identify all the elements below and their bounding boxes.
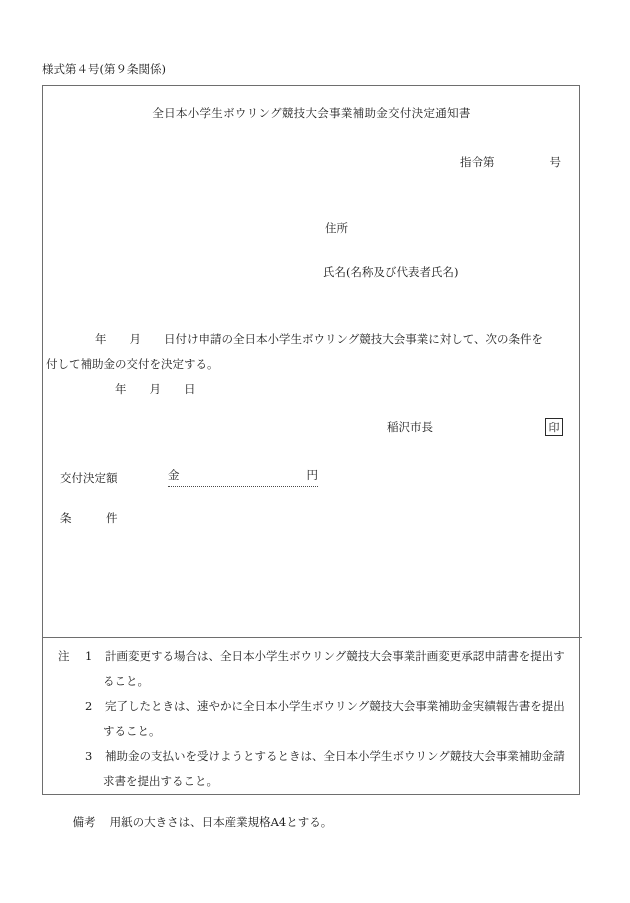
remarks-line: 備考用紙の大きさは、日本産業規格A4とする。 (58, 800, 332, 845)
note-number: 2 (85, 699, 97, 714)
note-text: 完了したときは、速やかに全日本小学生ボウリング競技大会事業補助金実績報告書を提出 (105, 699, 565, 714)
document-page: 様式第４号(第９条関係) 全日本小学生ボウリング競技大会事業補助金交付決定通知書… (0, 0, 630, 903)
note-text-continuation: ること。 (103, 674, 149, 689)
seal-mark: 印 (549, 422, 560, 433)
note-text: 計画変更する場合は、全日本小学生ボウリング競技大会事業計画変更承認申請書を提出す (105, 649, 565, 664)
grant-amount-label: 交付決定額 (60, 471, 118, 486)
body-paragraph-line2: 付して補助金の交付を決定する。 (46, 357, 219, 372)
note-number: 1 (85, 649, 97, 664)
directive-number-line: 指令第 号 (460, 155, 561, 170)
directive-prefix-label: 指令第 (460, 155, 495, 170)
seal-box: 印 (545, 418, 563, 436)
conditions-label: 条 件 (60, 511, 118, 526)
grant-amount-fill-line: 金 円 (168, 468, 318, 487)
note-text-continuation: すること。 (103, 724, 161, 739)
remarks-text: 用紙の大きさは、日本産業規格A4とする。 (110, 815, 333, 829)
note-number: 3 (85, 749, 97, 764)
remarks-label: 備考 (73, 815, 96, 829)
decision-date-line: 年 月 日 (115, 382, 196, 397)
notes-marker: 注 (58, 649, 70, 664)
name-label: 氏名(名称及び代表者氏名) (323, 265, 458, 280)
amount-prefix-label: 金 (168, 468, 180, 483)
amount-suffix-label: 円 (307, 468, 319, 483)
notes-divider-line (42, 637, 582, 638)
form-number-label: 様式第４号(第９条関係) (42, 62, 166, 77)
body-paragraph-line1: 年 月 日付け申請の全日本小学生ボウリング競技大会事業に対して、次の条件を (95, 332, 543, 347)
note-text-continuation: 求書を提出すること。 (103, 774, 218, 789)
directive-suffix-label: 号 (550, 155, 562, 170)
mayor-title-label: 稲沢市長 (387, 420, 433, 435)
document-title: 全日本小学生ボウリング競技大会事業補助金交付決定通知書 (42, 106, 581, 121)
address-label: 住所 (325, 221, 348, 236)
note-text: 補助金の支払いを受けようとするときは、全日本小学生ボウリング競技大会事業補助金請 (105, 749, 565, 764)
